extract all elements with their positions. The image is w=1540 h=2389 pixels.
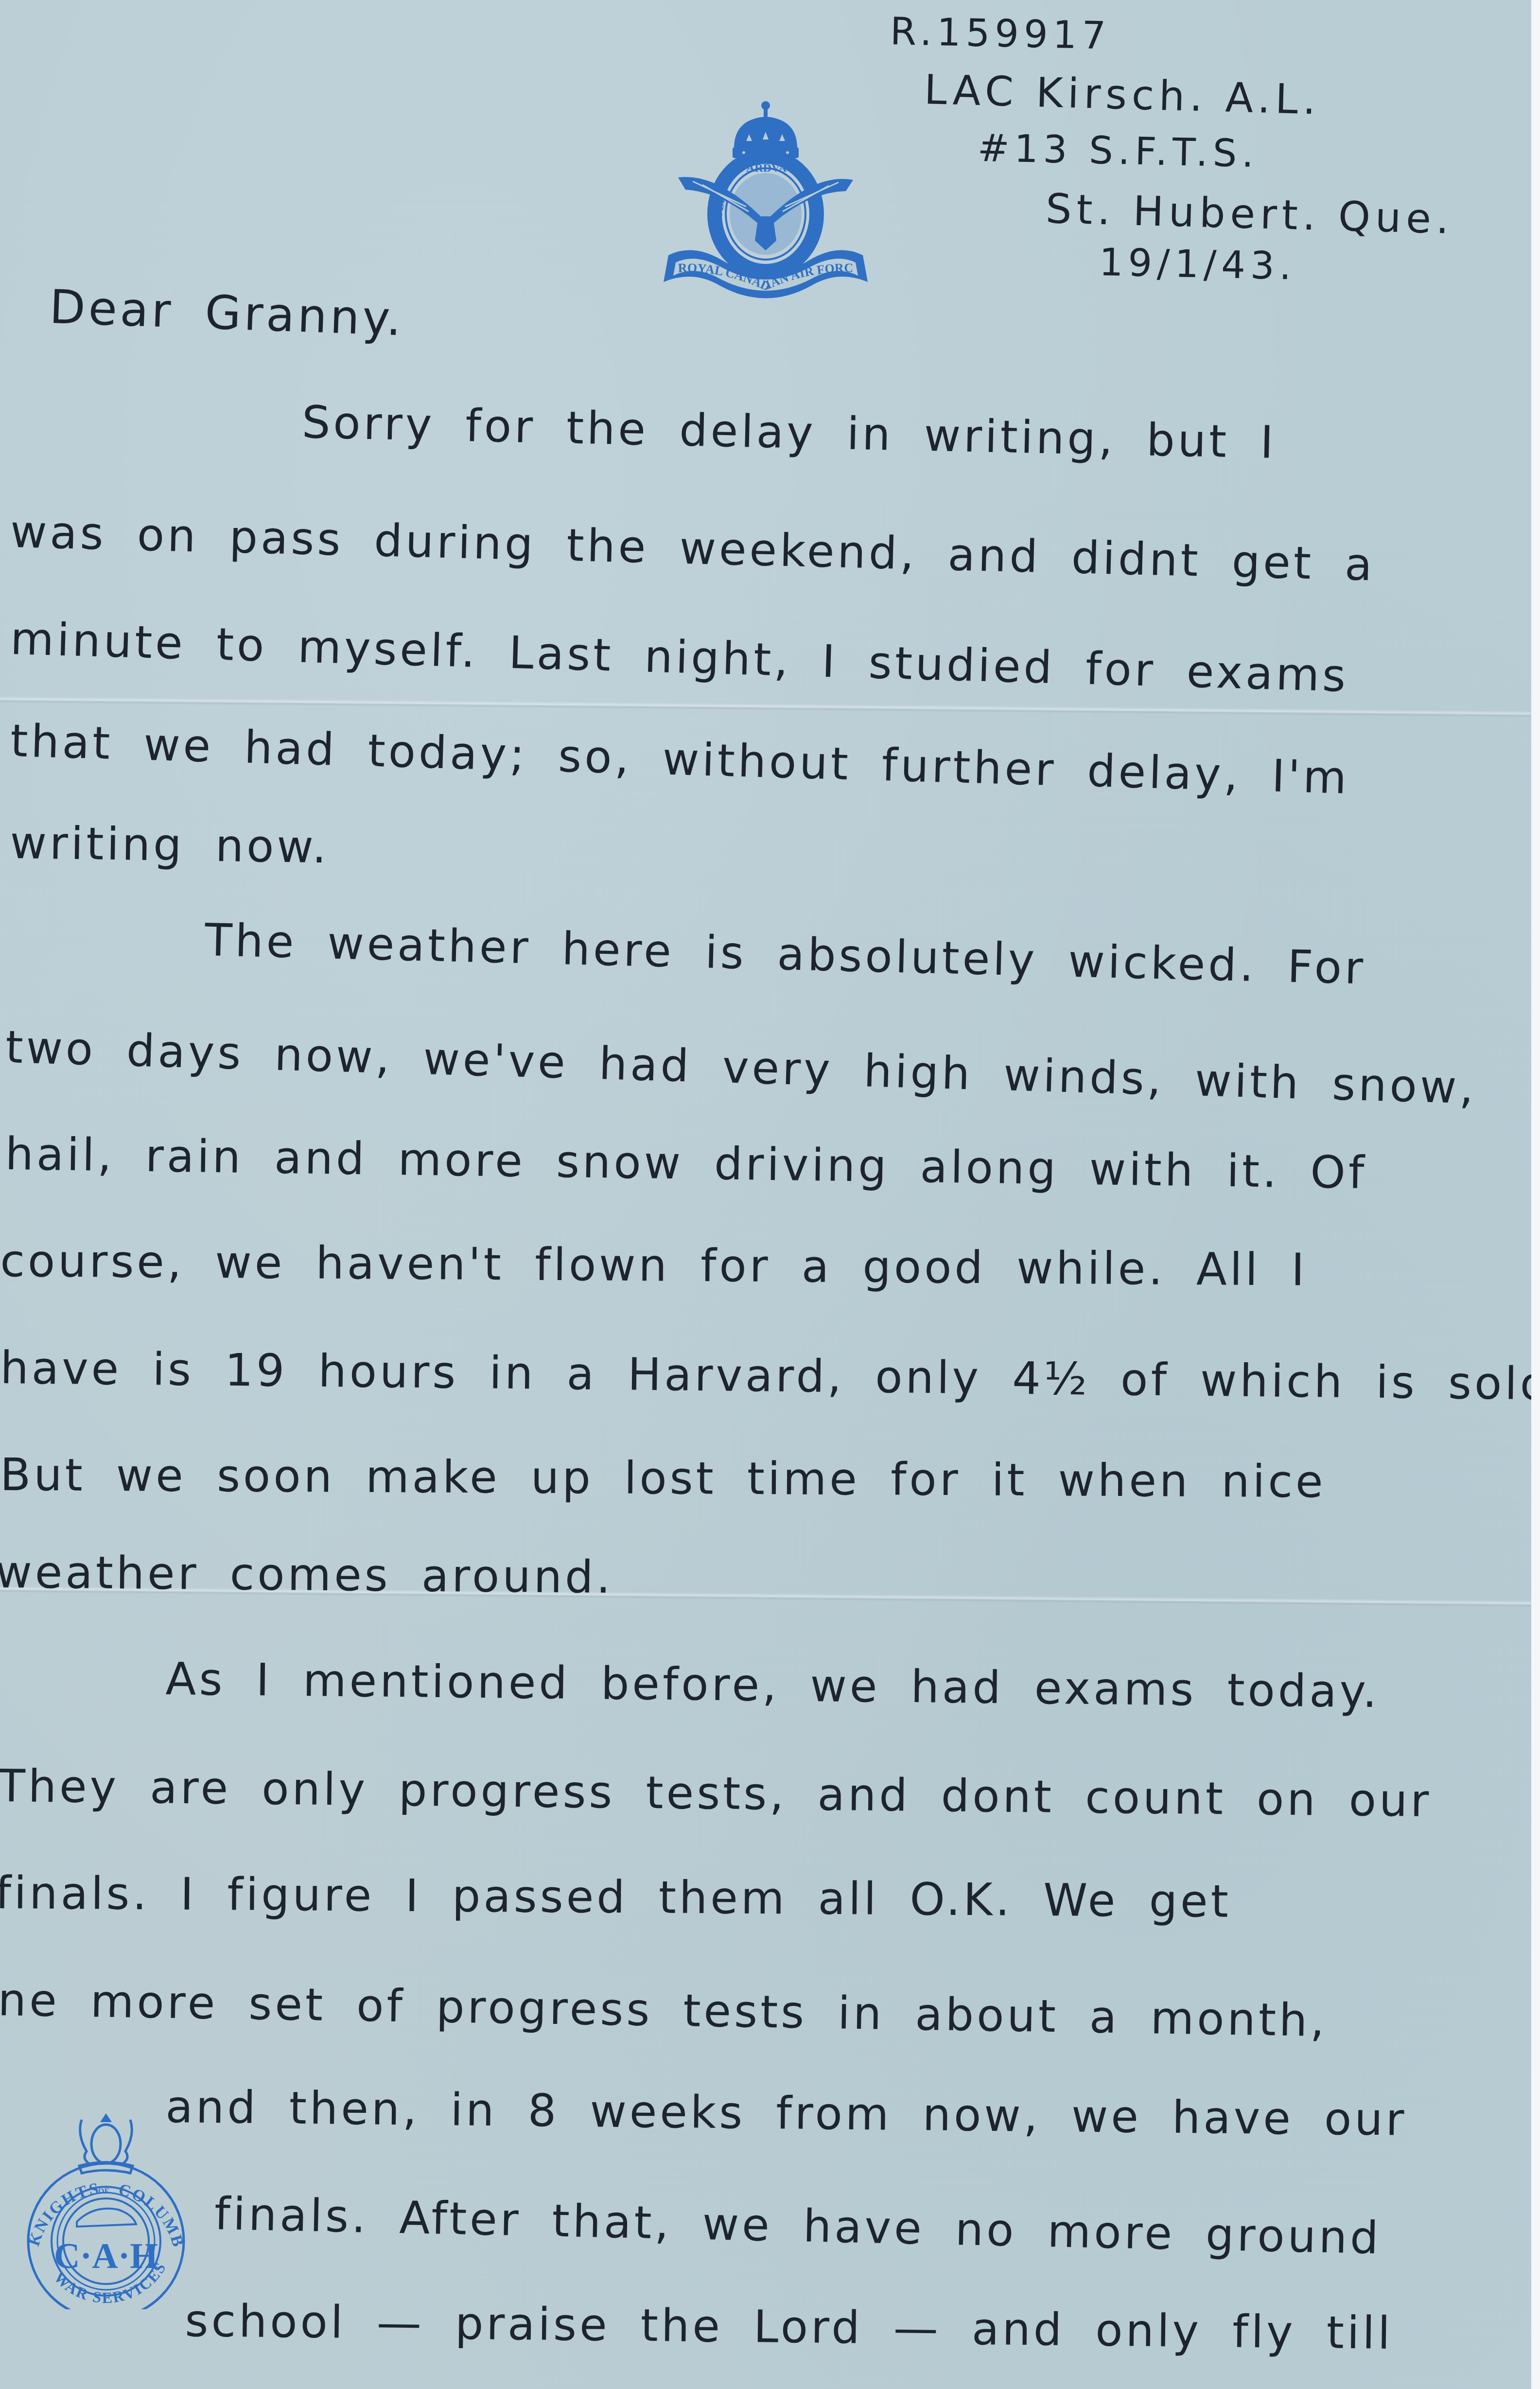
letter-line-1: Sorry for the delay in writing, but I: [301, 396, 1277, 469]
letter-line-4: that we had today; so, without further d…: [10, 715, 1350, 804]
letter-line-12: weather comes around.: [0, 1546, 613, 1603]
letter-date: 19/1/43.: [1099, 241, 1296, 288]
sender-name: LAC Kirsch. A.L.: [924, 66, 1321, 123]
letter-page: ARDVA AD PER ASTRA ROYAL CANADIAN AIR FO…: [0, 0, 1531, 2389]
sender-unit: #13 S.F.T.S.: [977, 126, 1259, 176]
letter-line-13: As I mentioned before, we had exams toda…: [165, 1653, 1380, 1718]
rcaf-crest-icon: ARDVA AD PER ASTRA ROYAL CANADIAN AIR FO…: [649, 95, 882, 299]
letter-line-9: course, we haven't flown for a good whil…: [0, 1235, 1308, 1296]
letter-line-11: But we soon make up lost time for it whe…: [0, 1449, 1326, 1508]
letter-line-6: The weather here is absolutely wicked. F…: [204, 914, 1366, 994]
letter-line-17: and then, in 8 weeks from now, we have o…: [165, 2081, 1407, 2146]
koc-ring-of: OF: [98, 2187, 109, 2196]
letter-line-19: school — praise the Lord — and only fly …: [185, 2295, 1393, 2359]
sender-location: St. Hubert. Que.: [1045, 185, 1454, 243]
letter-line-14: They are only progress tests, and dont c…: [0, 1760, 1432, 1827]
letter-line-16: ne more set of progress tests in about a…: [0, 1974, 1328, 2047]
letter-line-10: have is 19 hours in a Harvard, only 4½ o…: [0, 1342, 1531, 1410]
rcaf-motto-top: ARDVA AD: [746, 162, 805, 175]
letter-line-15: finals. I figure I passed them all O.K. …: [0, 1867, 1231, 1928]
letter-line-8: hail, rain and more snow driving along w…: [5, 1128, 1367, 1199]
letter-line-3: minute to myself. Last night, I studied …: [10, 613, 1349, 702]
letter-line-2: was on pass during the weekend, and didn…: [10, 506, 1376, 591]
letter-line-18: finals. After that, we have no more grou…: [214, 2188, 1382, 2264]
koc-center-monogram: C·A·H: [54, 2236, 158, 2276]
knights-of-columbus-emblem-icon: KNIGHTS OF COLUMBUS WAR SERVICES C·A·H: [9, 2105, 203, 2309]
letter-line-7: two days now, we've had very high winds,…: [5, 1021, 1477, 1114]
service-number: R.159917: [890, 10, 1111, 58]
salutation: Dear Granny.: [49, 280, 405, 346]
letter-line-5: writing now.: [10, 817, 330, 873]
